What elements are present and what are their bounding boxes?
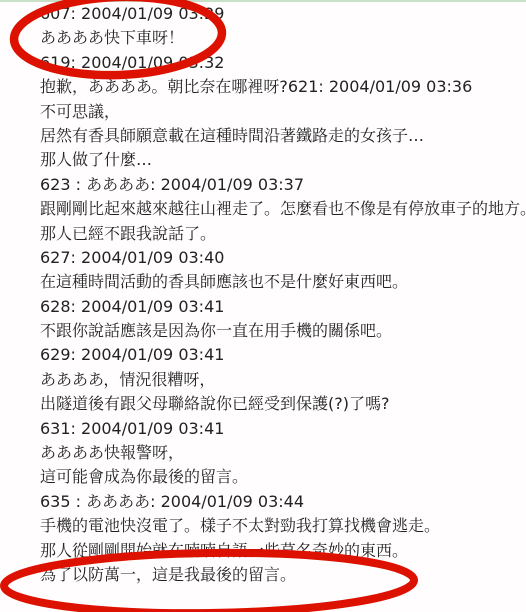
- post-631-body-line1: ああああ快報警呀，: [40, 441, 522, 465]
- post-631-body-line2: 這可能會成為你最後的留言。: [40, 465, 522, 489]
- post-635-body-line1: 手機的電池快沒電了。樣子不太對勁我打算找機會逃走。: [40, 514, 522, 538]
- post-619-header: 619: 2004/01/09 03:32: [40, 51, 522, 75]
- thread-text-block: 607: 2004/01/09 03:29 ああああ快下車呀！ 619: 200…: [40, 2, 522, 587]
- post-631-header: 631: 2004/01/09 03:41: [40, 417, 522, 441]
- post-629-body-line1: ああああ，情況很糟呀，: [40, 368, 522, 392]
- post-607-body: ああああ快下車呀！: [40, 26, 522, 50]
- post-635-body-line3: 為了以防萬一，這是我最後的留言。: [40, 563, 522, 587]
- post-623-body-line1: 跟剛剛比起來越來越往山裡走了。怎麼看也不像是有停放車子的地方。: [40, 197, 522, 221]
- post-619-body-and-621-header: 抱歉，ああああ。朝比奈在哪裡呀?621: 2004/01/09 03:36: [40, 75, 522, 99]
- post-635-header: 635 : ああああ: 2004/01/09 03:44: [40, 490, 522, 514]
- post-629-body-line2: 出隧道後有跟父母聯絡說你已經受到保護(?)了嗎?: [40, 392, 522, 416]
- post-628-body: 不跟你說話應該是因為你一直在用手機的關係吧。: [40, 319, 522, 343]
- post-623-body-line2: 那人已經不跟我說話了。: [40, 222, 522, 246]
- post-621-body-line3: 那人做了什麼…: [40, 148, 522, 172]
- post-621-body-line1: 不可思議，: [40, 100, 522, 124]
- post-627-body: 在這種時間活動的香具師應該也不是什麼好東西吧。: [40, 270, 522, 294]
- post-607-header: 607: 2004/01/09 03:29: [40, 2, 522, 26]
- post-627-header: 627: 2004/01/09 03:40: [40, 246, 522, 270]
- post-623-header: 623 : ああああ: 2004/01/09 03:37: [40, 173, 522, 197]
- post-629-header: 629: 2004/01/09 03:41: [40, 343, 522, 367]
- post-628-header: 628: 2004/01/09 03:41: [40, 295, 522, 319]
- post-621-body-line2: 居然有香具師願意載在這種時間沿著鐵路走的女孩子…: [40, 124, 522, 148]
- post-635-body-line2: 那人從剛剛開始就在喃喃自語一些莫名奇妙的東西。: [40, 539, 522, 563]
- forum-thread-page: 607: 2004/01/09 03:29 ああああ快下車呀！ 619: 200…: [0, 0, 526, 612]
